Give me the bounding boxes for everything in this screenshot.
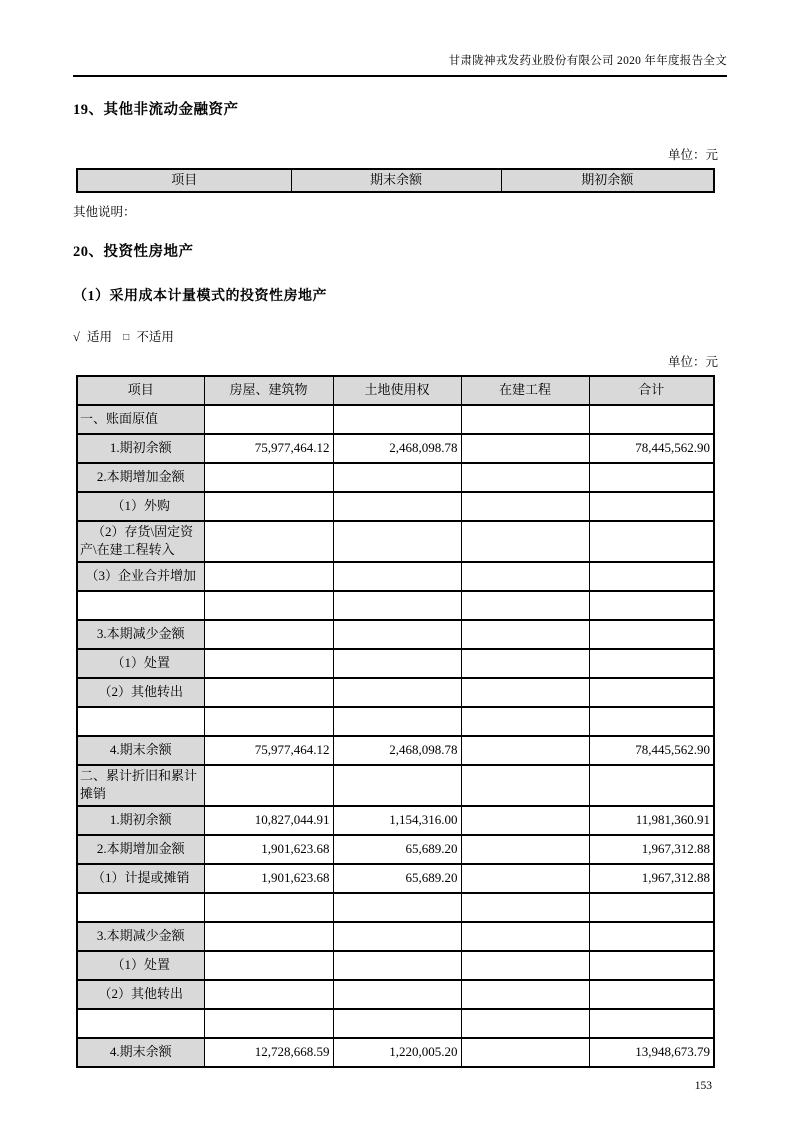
unit-label-19: 单位：元 (73, 145, 727, 163)
table-row: 2.本期增加金额1,901,623.6865,689.201,967,312.8… (77, 835, 714, 864)
row-label: 1.期初余额 (77, 434, 204, 463)
row-value (461, 405, 589, 434)
row-value: 11,981,360.91 (589, 806, 714, 835)
row-value (461, 591, 589, 620)
row-value (589, 707, 714, 736)
row-value (333, 1009, 461, 1038)
row-value (461, 1038, 589, 1067)
table-row (77, 707, 714, 736)
row-value (333, 678, 461, 707)
row-value (204, 1009, 333, 1038)
row-value: 1,967,312.88 (589, 864, 714, 893)
row-label: 2.本期增加金额 (77, 835, 204, 864)
table-row (77, 893, 714, 922)
table-row: 二、累计折旧和累计摊销 (77, 765, 714, 806)
table-row (77, 591, 714, 620)
row-value (204, 951, 333, 980)
row-value: 1,967,312.88 (589, 835, 714, 864)
table-body: 项目房屋、建筑物土地使用权在建工程合计 一、账面原值1.期初余额75,977,4… (77, 376, 714, 1067)
page: 甘肃陇神戎发药业股份有限公司 2020 年年度报告全文 19、其他非流动金融资产… (0, 0, 793, 1122)
row-value (461, 765, 589, 806)
row-value (589, 463, 714, 492)
row-value (204, 765, 333, 806)
table-row: 1.期初余额75,977,464.122,468,098.7878,445,56… (77, 434, 714, 463)
row-value (461, 492, 589, 521)
row-value (333, 893, 461, 922)
row-value: 2,468,098.78 (333, 434, 461, 463)
row-value (461, 463, 589, 492)
row-value (204, 980, 333, 1009)
row-value (333, 649, 461, 678)
row-label: 一、账面原值 (77, 405, 204, 434)
table-row: （1）外购 (77, 492, 714, 521)
column-header: 土地使用权 (333, 376, 461, 405)
row-value (589, 922, 714, 951)
page-number: 153 (73, 1080, 727, 1092)
row-value (461, 678, 589, 707)
row-value (333, 405, 461, 434)
row-label: （1）处置 (77, 649, 204, 678)
row-value (333, 562, 461, 591)
row-value (461, 893, 589, 922)
applicability-line: √ 适用 □ 不适用 (73, 327, 727, 345)
row-label: 4.期末余额 (77, 1038, 204, 1067)
table-row: （2）其他转出 (77, 980, 714, 1009)
row-label (77, 1009, 204, 1038)
table-row: （1）计提或摊销1,901,623.6865,689.201,967,312.8… (77, 864, 714, 893)
row-value (461, 521, 589, 562)
row-value (204, 562, 333, 591)
row-label (77, 707, 204, 736)
row-label: 4.期末余额 (77, 736, 204, 765)
row-value (204, 405, 333, 434)
row-value (461, 864, 589, 893)
table-row: 2.本期增加金额 (77, 463, 714, 492)
applicable-label: 适用 (87, 330, 112, 344)
row-value (333, 620, 461, 649)
row-value (204, 649, 333, 678)
row-label: （2）其他转出 (77, 678, 204, 707)
table-row: 4.期末余额75,977,464.122,468,098.7878,445,56… (77, 736, 714, 765)
check-icon: √ (73, 330, 80, 344)
row-value (461, 707, 589, 736)
row-value (333, 980, 461, 1009)
table-row: （3）企业合并增加 (77, 562, 714, 591)
column-header: 项目 (77, 169, 291, 192)
row-value: 65,689.20 (333, 835, 461, 864)
report-header: 甘肃陇神戎发药业股份有限公司 2020 年年度报告全文 (73, 0, 727, 77)
row-value (589, 591, 714, 620)
content-area: 甘肃陇神戎发药业股份有限公司 2020 年年度报告全文 19、其他非流动金融资产… (73, 0, 727, 1092)
row-label: （2）其他转出 (77, 980, 204, 1009)
row-value (204, 521, 333, 562)
row-value: 75,977,464.12 (204, 736, 333, 765)
row-label: 3.本期减少金额 (77, 922, 204, 951)
row-value (204, 893, 333, 922)
row-value (204, 707, 333, 736)
table-row: （2）其他转出 (77, 678, 714, 707)
row-value (589, 951, 714, 980)
row-value (589, 562, 714, 591)
subsection-heading: （1）采用成本计量模式的投资性房地产 (73, 285, 727, 305)
row-value (461, 922, 589, 951)
row-label: （1）处置 (77, 951, 204, 980)
table-row: 3.本期减少金额 (77, 922, 714, 951)
row-value (333, 492, 461, 521)
row-value: 1,901,623.68 (204, 835, 333, 864)
row-value (333, 521, 461, 562)
row-value (204, 678, 333, 707)
row-value (461, 980, 589, 1009)
row-value: 2,468,098.78 (333, 736, 461, 765)
row-value (461, 434, 589, 463)
row-value (461, 562, 589, 591)
table-body: 项目期末余额期初余额 (77, 169, 714, 192)
table-header-row: 项目房屋、建筑物土地使用权在建工程合计 (77, 376, 714, 405)
row-label: 1.期初余额 (77, 806, 204, 835)
other-note: 其他说明： (73, 202, 727, 220)
section-20-heading: 20、投资性房地产 (73, 240, 727, 261)
row-label: （2）存货\固定资产\在建工程转入 (77, 521, 204, 562)
row-value (461, 736, 589, 765)
checkbox-unchecked-icon: □ (123, 332, 129, 343)
column-header: 合计 (589, 376, 714, 405)
row-value: 10,827,044.91 (204, 806, 333, 835)
row-value (333, 951, 461, 980)
row-value (204, 591, 333, 620)
row-value (461, 806, 589, 835)
table-row: 1.期初余额10,827,044.911,154,316.0011,981,36… (77, 806, 714, 835)
row-value (589, 1009, 714, 1038)
row-value (333, 591, 461, 620)
row-value (333, 463, 461, 492)
row-value (589, 405, 714, 434)
row-value (333, 922, 461, 951)
row-value (333, 765, 461, 806)
row-label (77, 893, 204, 922)
row-value (204, 620, 333, 649)
row-value: 12,728,668.59 (204, 1038, 333, 1067)
row-value (461, 835, 589, 864)
row-value (204, 492, 333, 521)
column-header: 期初余额 (501, 169, 714, 192)
row-value (589, 620, 714, 649)
row-value (333, 707, 461, 736)
row-label: （1）计提或摊销 (77, 864, 204, 893)
row-value (461, 620, 589, 649)
column-header: 在建工程 (461, 376, 589, 405)
row-value: 1,220,005.20 (333, 1038, 461, 1067)
row-value: 1,901,623.68 (204, 864, 333, 893)
row-value (461, 951, 589, 980)
row-label: 3.本期减少金额 (77, 620, 204, 649)
row-value (589, 893, 714, 922)
row-label: （3）企业合并增加 (77, 562, 204, 591)
row-value (589, 678, 714, 707)
column-header: 项目 (77, 376, 204, 405)
not-applicable-label: 不适用 (136, 330, 174, 344)
table-row: （1）处置 (77, 649, 714, 678)
section-19-heading: 19、其他非流动金融资产 (73, 98, 727, 119)
other-noncurrent-financial-assets-table: 项目期末余额期初余额 (76, 168, 715, 193)
column-header: 期末余额 (291, 169, 501, 192)
report-header-text: 甘肃陇神戎发药业股份有限公司 2020 年年度报告全文 (449, 55, 727, 67)
row-value (461, 1009, 589, 1038)
row-label: 二、累计折旧和累计摊销 (77, 765, 204, 806)
row-value: 75,977,464.12 (204, 434, 333, 463)
row-value (589, 521, 714, 562)
row-value (589, 649, 714, 678)
row-value: 1,154,316.00 (333, 806, 461, 835)
row-value: 78,445,562.90 (589, 434, 714, 463)
row-value (589, 765, 714, 806)
row-value (204, 922, 333, 951)
table-header-row: 项目期末余额期初余额 (77, 169, 714, 192)
row-value: 65,689.20 (333, 864, 461, 893)
row-value (461, 649, 589, 678)
table-row: （1）处置 (77, 951, 714, 980)
row-value (204, 463, 333, 492)
row-value: 13,948,673.79 (589, 1038, 714, 1067)
unit-label-20: 单位：元 (73, 352, 727, 370)
row-value: 78,445,562.90 (589, 736, 714, 765)
investment-property-table: 项目房屋、建筑物土地使用权在建工程合计 一、账面原值1.期初余额75,977,4… (76, 375, 715, 1068)
row-label: （1）外购 (77, 492, 204, 521)
table-row (77, 1009, 714, 1038)
table-row: 4.期末余额12,728,668.591,220,005.2013,948,67… (77, 1038, 714, 1067)
table-row: 3.本期减少金额 (77, 620, 714, 649)
column-header: 房屋、建筑物 (204, 376, 333, 405)
row-label (77, 591, 204, 620)
row-label: 2.本期增加金额 (77, 463, 204, 492)
table-row: （2）存货\固定资产\在建工程转入 (77, 521, 714, 562)
table-row: 一、账面原值 (77, 405, 714, 434)
row-value (589, 980, 714, 1009)
row-value (589, 492, 714, 521)
